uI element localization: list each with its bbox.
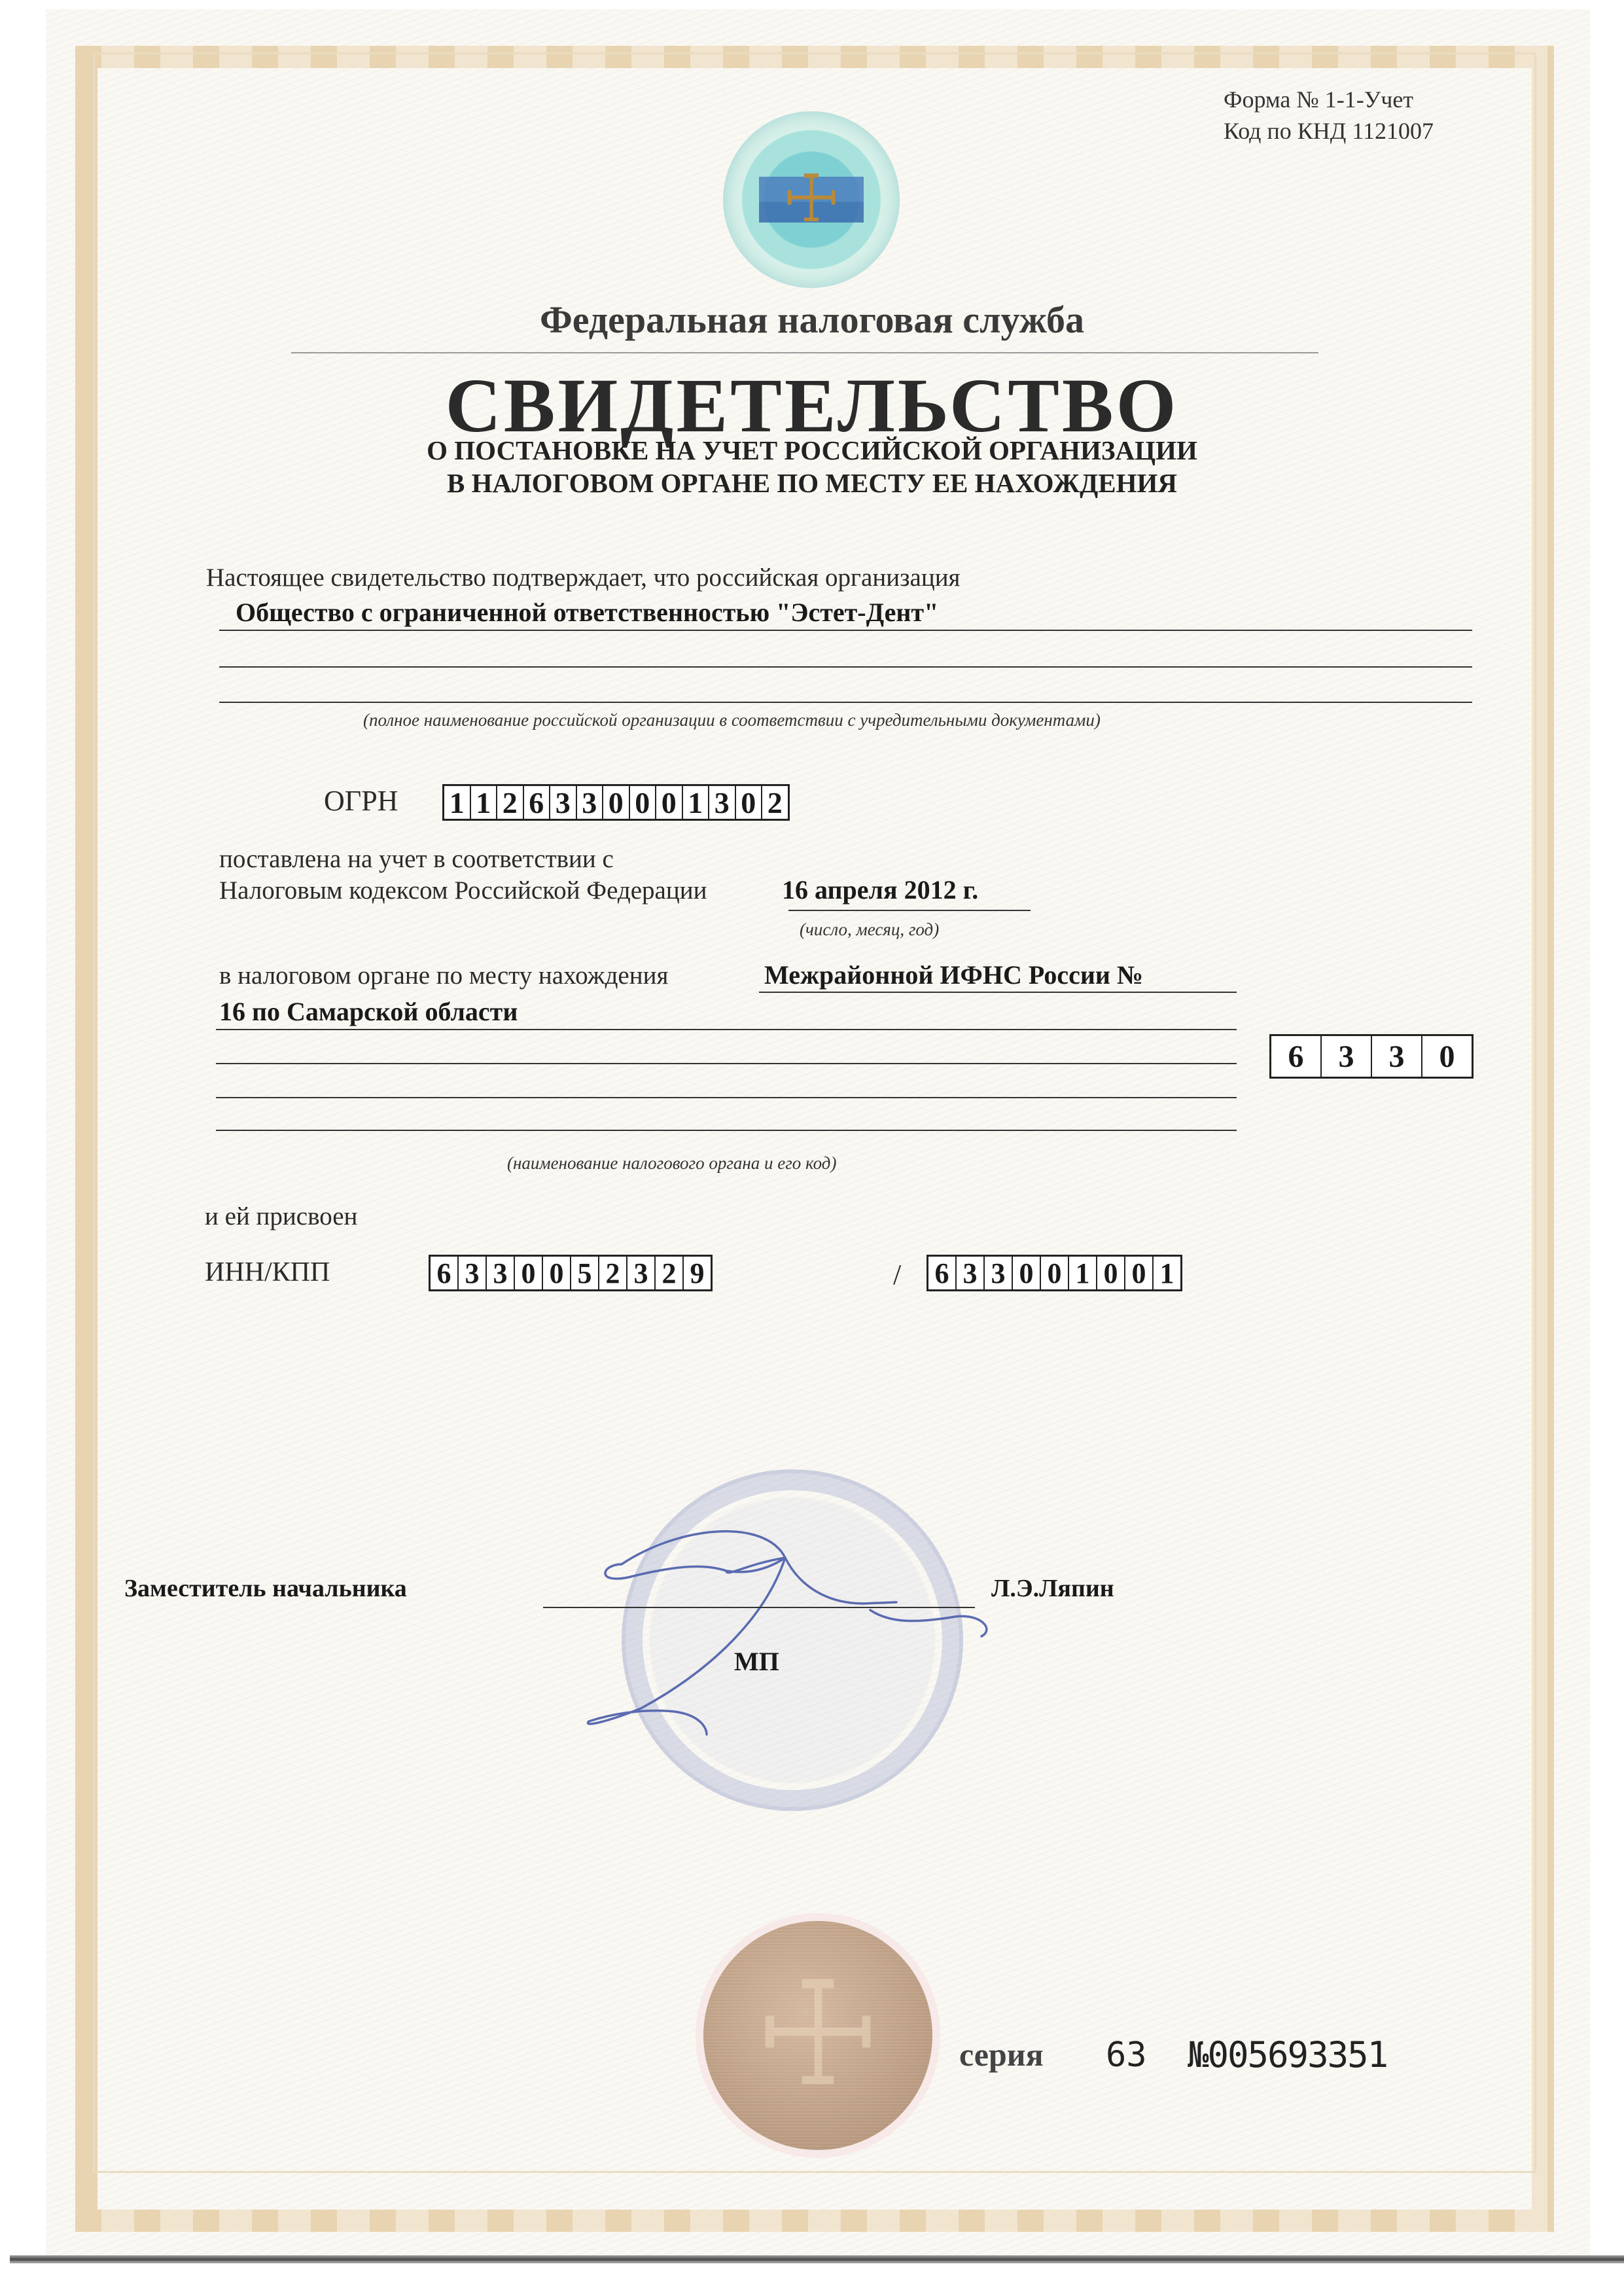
inn-kpp-separator: / xyxy=(893,1258,901,1291)
agency-name: Федеральная налоговая служба xyxy=(0,298,1624,342)
digit-cell: 2 xyxy=(496,786,523,819)
digit-cell: 1 xyxy=(1068,1257,1096,1289)
digit-cell: 2 xyxy=(761,786,788,819)
series-label: серия xyxy=(959,2036,1044,2073)
signature-icon xyxy=(550,1525,1230,1741)
tax-authority-intro: в налоговом органе по месту нахождения xyxy=(219,961,668,990)
digit-cell: 0 xyxy=(1012,1257,1040,1289)
digit-cell: 3 xyxy=(1320,1036,1371,1077)
date-caption: (число, месяц, год) xyxy=(800,920,939,940)
tax-authority-name-line1: Межрайонной ИФНС России № xyxy=(764,960,1143,990)
digit-cell: 0 xyxy=(629,786,656,819)
authority-underline-1 xyxy=(759,992,1237,993)
digit-cell: 0 xyxy=(1096,1257,1124,1289)
organization-name: Общество с ограниченной ответственностью… xyxy=(236,597,938,628)
digit-cell: 0 xyxy=(1124,1257,1152,1289)
form-number: Форма № 1-1-Учет xyxy=(1224,84,1434,115)
digit-cell: 0 xyxy=(735,786,762,819)
authority-underline-4 xyxy=(216,1097,1237,1098)
inn-digits: 6330052329 xyxy=(429,1255,713,1291)
digit-cell: 2 xyxy=(598,1257,626,1289)
tax-authority-code: 6330 xyxy=(1269,1034,1474,1079)
registration-line2: Налоговым кодексом Российской Федерации xyxy=(219,876,707,905)
digit-cell: 3 xyxy=(955,1257,983,1289)
digit-cell: 0 xyxy=(655,786,682,819)
digit-cell: 9 xyxy=(682,1257,711,1289)
digit-cell: 3 xyxy=(576,786,603,819)
organization-intro: Настоящее свидетельство подтверждает, чт… xyxy=(206,563,961,592)
ogrn-digits: 1126330001302 xyxy=(442,784,790,821)
digit-cell: 0 xyxy=(602,786,629,819)
digit-cell: 1 xyxy=(470,786,497,819)
digit-cell: 1 xyxy=(682,786,709,819)
inn-kpp-label: ИНН/КПП xyxy=(205,1257,330,1288)
authority-underline-2 xyxy=(216,1029,1237,1030)
digit-cell: 5 xyxy=(570,1257,598,1289)
gold-seal: ☩ xyxy=(703,1921,932,2150)
double-headed-eagle-icon: ☩ xyxy=(703,1921,932,2150)
organization-caption: (полное наименование российской организа… xyxy=(363,710,1101,730)
registration-line1: поставлена на учет в соответствии с xyxy=(219,844,614,874)
signer-name: Л.Э.Ляпин xyxy=(991,1574,1114,1603)
org-line-1 xyxy=(219,630,1472,631)
digit-cell: 3 xyxy=(626,1257,654,1289)
digit-cell: 6 xyxy=(1271,1036,1320,1077)
kpp-digits: 633001001 xyxy=(927,1255,1182,1291)
digit-cell: 3 xyxy=(1371,1036,1421,1077)
signature-line xyxy=(543,1607,975,1608)
digit-cell: 1 xyxy=(1152,1257,1180,1289)
digit-cell: 0 xyxy=(1040,1257,1068,1289)
org-line-2 xyxy=(219,666,1472,668)
digit-cell: 3 xyxy=(983,1257,1012,1289)
digit-cell: 2 xyxy=(654,1257,682,1289)
knd-code: Код по КНД 1121007 xyxy=(1224,115,1434,147)
date-underline xyxy=(788,910,1031,911)
series-value: 63 xyxy=(1106,2036,1147,2075)
digit-cell: 6 xyxy=(928,1257,955,1289)
stamp-label: МП xyxy=(734,1646,779,1677)
registration-date: 16 апреля 2012 г. xyxy=(782,874,978,905)
digit-cell: 3 xyxy=(457,1257,485,1289)
hologram-emblem-icon: ☩ xyxy=(723,111,900,288)
signer-position: Заместитель начальника xyxy=(124,1574,407,1603)
authority-underline-3 xyxy=(216,1063,1237,1064)
scan-edge xyxy=(10,2255,1624,2263)
tax-authority-caption: (наименование налогового органа и его ко… xyxy=(507,1153,836,1174)
digit-cell: 0 xyxy=(514,1257,542,1289)
form-code-block: Форма № 1-1-Учет Код по КНД 1121007 xyxy=(1224,84,1434,147)
assigned-intro: и ей присвоен xyxy=(205,1202,357,1231)
digit-cell: 6 xyxy=(523,786,550,819)
tax-authority-name-line2: 16 по Самарской области xyxy=(219,996,518,1027)
digit-cell: 0 xyxy=(1421,1036,1472,1077)
digit-cell: 1 xyxy=(444,786,470,819)
org-line-3 xyxy=(219,702,1472,703)
double-headed-eagle-icon: ☩ xyxy=(779,157,844,242)
digit-cell: 3 xyxy=(708,786,735,819)
agency-divider xyxy=(291,352,1318,353)
document-subtitle-line1: О ПОСТАНОВКЕ НА УЧЕТ РОССИЙСКОЙ ОРГАНИЗА… xyxy=(0,435,1624,466)
document-subtitle-line2: В НАЛОГОВОМ ОРГАНЕ ПО МЕСТУ ЕЕ НАХОЖДЕНИ… xyxy=(0,467,1624,499)
series-number: №005693351 xyxy=(1188,2034,1387,2075)
digit-cell: 0 xyxy=(542,1257,570,1289)
digit-cell: 3 xyxy=(485,1257,514,1289)
digit-cell: 6 xyxy=(431,1257,457,1289)
ogrn-label: ОГРН xyxy=(324,784,398,817)
digit-cell: 3 xyxy=(549,786,576,819)
authority-underline-5 xyxy=(216,1130,1237,1131)
